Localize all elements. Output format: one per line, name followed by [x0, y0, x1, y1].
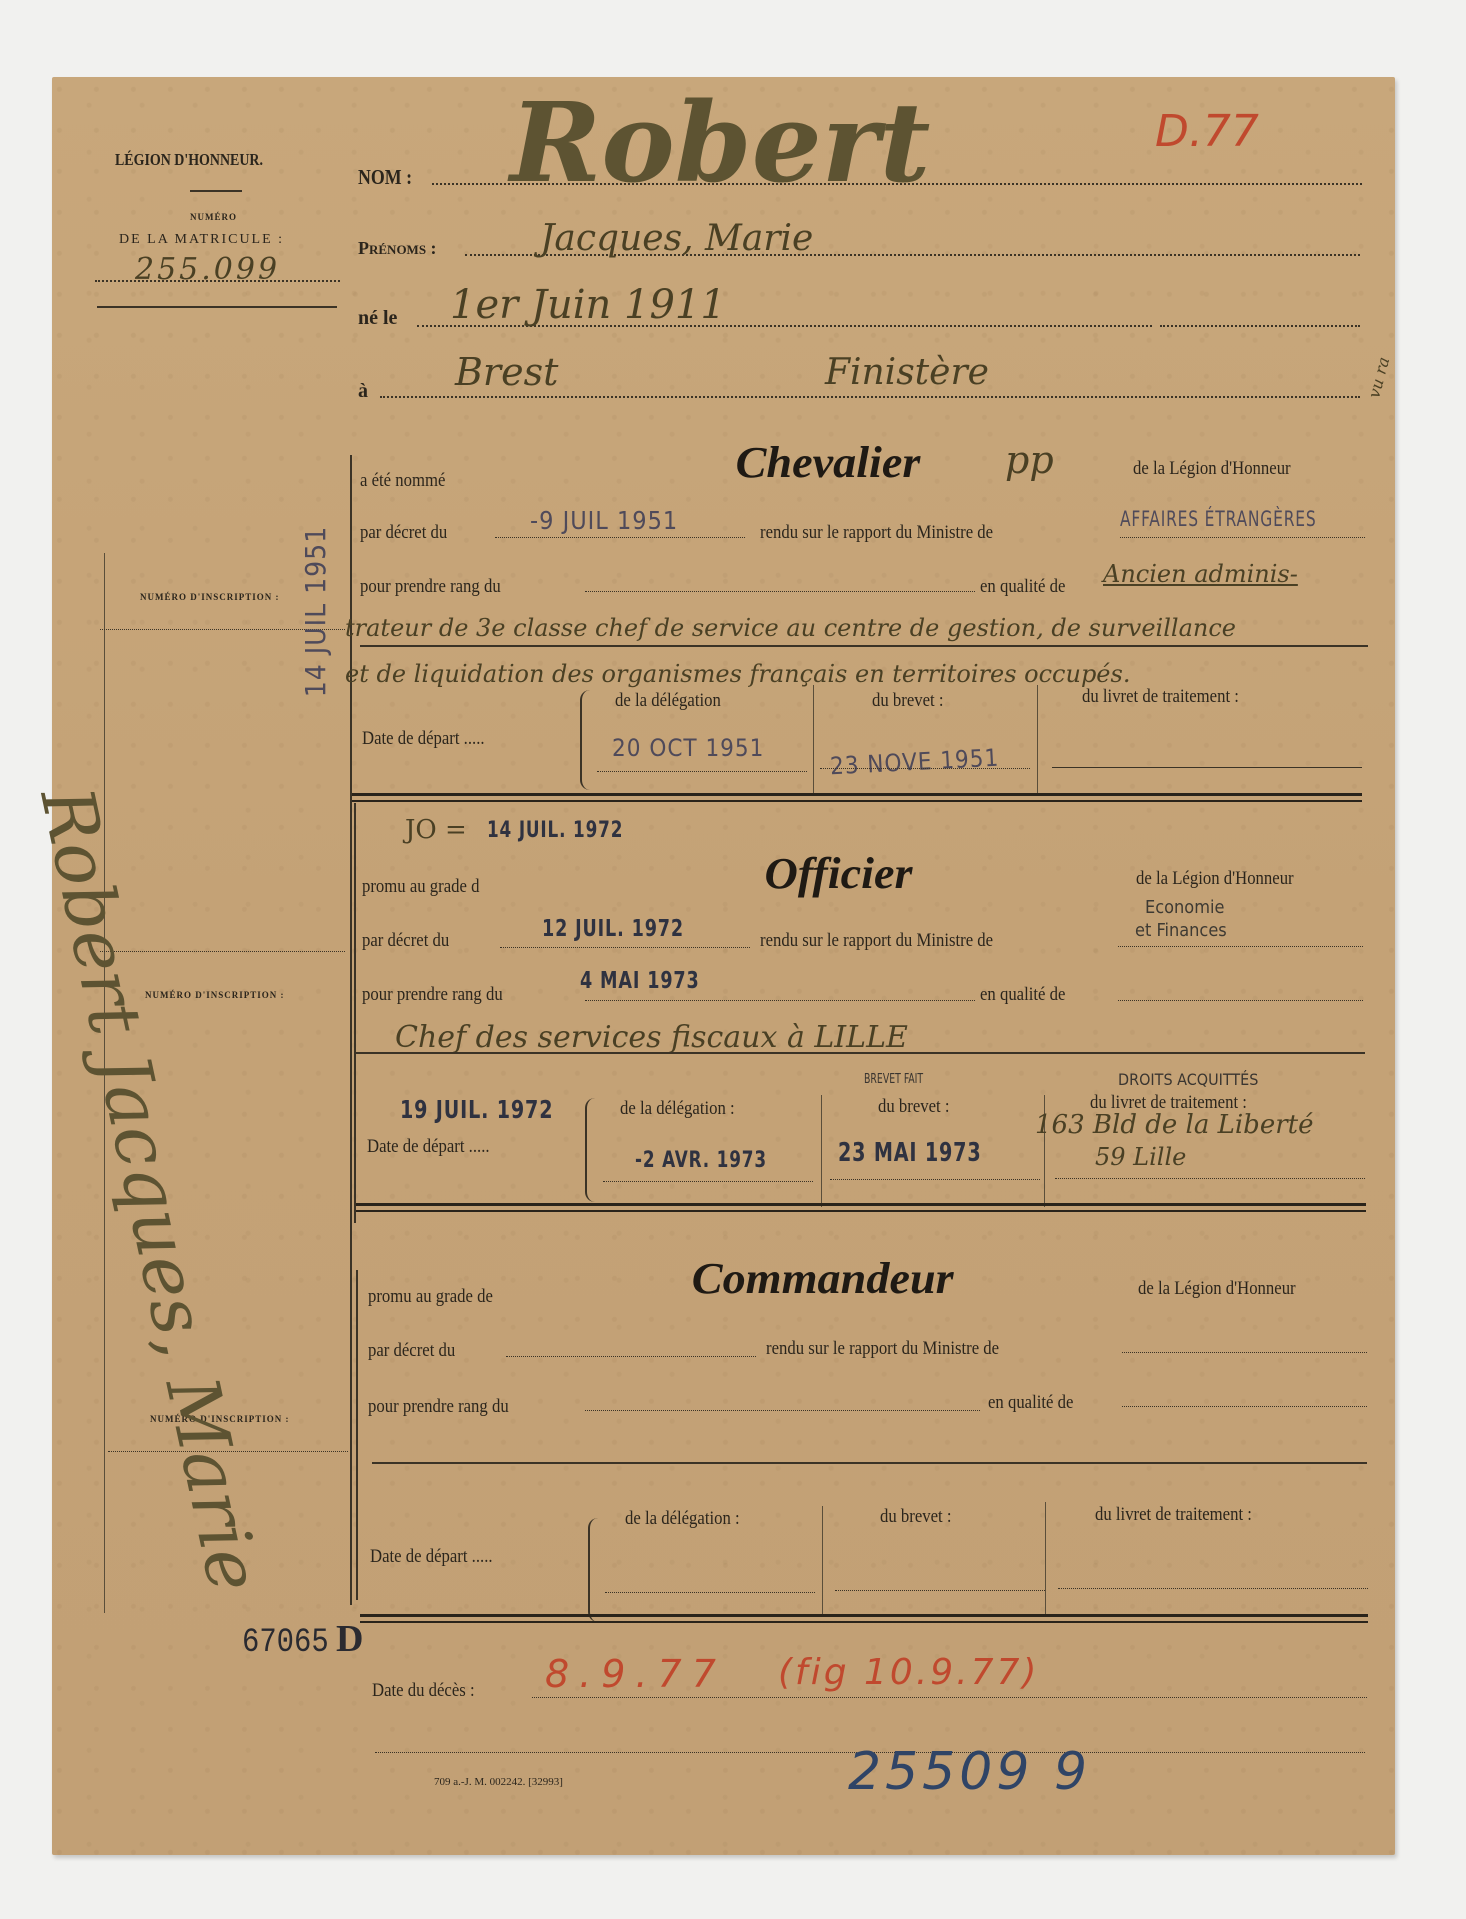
- divider: [190, 190, 242, 192]
- com-delegation-line: [605, 1592, 815, 1593]
- off-ministre-line1: Economie: [1145, 897, 1224, 918]
- chev-depart-label: Date de départ .....: [362, 728, 485, 750]
- inscription-label-2: NUMÉRO D'INSCRIPTION :: [145, 990, 285, 1000]
- off-decret-value: 12 JUIL. 1972: [542, 916, 684, 942]
- ne-le-label: né le: [358, 307, 397, 330]
- com-brace: [588, 1518, 602, 1622]
- off-suffix: de la Légion d'Honneur: [1136, 868, 1294, 890]
- chev-brace: [580, 690, 594, 790]
- off-brevet-fait: BREVET FAIT: [864, 1072, 923, 1087]
- com-suffix: de la Légion d'Honneur: [1138, 1278, 1296, 1300]
- chev-brevet-label: du brevet :: [872, 690, 944, 712]
- com-intro: promu au grade de: [368, 1286, 493, 1308]
- off-qualite-label: en qualité de: [980, 984, 1065, 1006]
- nom-label: NOM :: [358, 165, 412, 190]
- off-qualite-value: Chef des services fiscaux à LILLE: [395, 1020, 908, 1055]
- off-grade: Officier: [764, 848, 912, 899]
- chev-qualite-underline: [360, 645, 1368, 647]
- com-livret-label: du livret de traitement :: [1095, 1504, 1252, 1526]
- vertical-date-stamp: 14 JUIL 1951: [299, 526, 332, 697]
- off-rapport-label: rendu sur le rapport du Ministre de: [760, 930, 993, 952]
- print-reference: 709 a.-J. M. 002242. [32993]: [434, 1776, 563, 1788]
- deces-value: 8.9.77: [545, 1652, 726, 1696]
- off-livret-line2: 59 Lille: [1095, 1143, 1186, 1171]
- off-brevet-value: 23 MAI 1973: [838, 1138, 982, 1168]
- deces-note: (fig 10.9.77): [778, 1652, 1039, 1693]
- red-code: D.77: [1155, 106, 1259, 157]
- com-brevet-line: [835, 1590, 1045, 1591]
- off-qualite-line: [1118, 1000, 1363, 1001]
- com-ministre-line: [1122, 1352, 1367, 1353]
- deces-label: Date du décès :: [372, 1680, 475, 1702]
- chev-delegation-label: de la délégation: [615, 690, 721, 712]
- inscription-label-1: NUMÉRO D'INSCRIPTION :: [140, 592, 280, 602]
- off-ministre-line2: et Finances: [1135, 920, 1227, 941]
- numero-label: NUMÉRO: [190, 212, 237, 222]
- org-title: LÉGION D'HONNEUR.: [115, 150, 263, 170]
- chev-qualite-line2: trateur de 3e classe chef de service au …: [345, 614, 1236, 642]
- chev-qualite-line1: Ancien adminis-: [1103, 560, 1298, 588]
- section-divider-3: [360, 1614, 1368, 1623]
- ne-le-line-2: [1160, 325, 1360, 327]
- com-rang-label: pour prendre rang du: [368, 1396, 509, 1418]
- com-depart-label: Date de départ .....: [370, 1546, 493, 1568]
- dossier-digits: 67065: [242, 1624, 329, 1662]
- off-depart-stamp: 19 JUIL. 1972: [400, 1095, 553, 1124]
- chev-grade: Chevalier: [736, 437, 921, 488]
- off-col-divider-1: [821, 1095, 822, 1207]
- chev-livret-line: [1052, 767, 1362, 768]
- com-rang-line: [585, 1410, 980, 1411]
- off-delegation-label: de la délégation :: [620, 1098, 735, 1120]
- com-grade: Commandeur: [692, 1253, 954, 1304]
- chev-initials: pp: [1005, 438, 1054, 482]
- chev-col-divider-2: [1037, 685, 1038, 793]
- off-jo-note: JO =: [405, 815, 467, 845]
- off-qualite-underline: [355, 1052, 1365, 1054]
- off-rang-label: pour prendre rang du: [362, 984, 503, 1006]
- com-qualite-label: en qualité de: [988, 1392, 1073, 1414]
- matricule-line: [95, 280, 340, 282]
- off-brevet-line: [830, 1179, 1040, 1180]
- chev-col-divider-1: [813, 685, 814, 793]
- off-livret-line: [1055, 1178, 1365, 1179]
- blue-number: 25509 9: [848, 1742, 1091, 1802]
- off-livret-line1: 163 Bld de la Liberté: [1035, 1110, 1313, 1140]
- chev-suffix: de la Légion d'Honneur: [1133, 458, 1291, 480]
- off-rang-line: [585, 1000, 975, 1001]
- off-decret-line: [500, 947, 750, 948]
- com-livret-line: [1058, 1588, 1368, 1589]
- chev-rapport-label: rendu sur le rapport du Ministre de: [760, 522, 993, 544]
- chev-brevet-line: [820, 768, 1030, 769]
- com-qualite-underline: [372, 1462, 1367, 1464]
- com-decret-line: [506, 1356, 756, 1357]
- prenoms-label: Prénoms :: [358, 238, 437, 259]
- section-divider-1: [352, 793, 1362, 802]
- commandeur-rule: [356, 1270, 358, 1600]
- chev-qualite-line3: et de liquidation des organismes françai…: [345, 660, 1130, 688]
- com-col-divider-2: [1045, 1502, 1046, 1616]
- chev-delegation-line: [597, 771, 807, 772]
- chev-decret-value: -9 JUIL 1951: [530, 506, 678, 535]
- off-intro: promu au grade d: [362, 876, 479, 898]
- deces-line: [532, 1697, 1367, 1698]
- chev-rang-label: pour prendre rang du: [360, 576, 501, 598]
- off-jo-date: 14 JUIL. 1972: [487, 818, 623, 843]
- com-col-divider-1: [822, 1506, 823, 1616]
- prenoms-value: Jacques, Marie: [540, 218, 813, 259]
- chev-intro: a été nommé: [360, 470, 445, 492]
- chev-qualite-label: en qualité de: [980, 576, 1065, 598]
- com-delegation-label: de la délégation :: [625, 1508, 740, 1530]
- chev-ministre-line: [1120, 537, 1365, 538]
- lieu-line: [380, 396, 1360, 398]
- chev-ministre-value: AFFAIRES ÉTRANGÈRES: [1120, 507, 1317, 531]
- lieu-ville: Brest: [455, 350, 558, 394]
- officier-rule: [354, 803, 356, 1223]
- dossier-letter: D: [336, 1618, 363, 1660]
- com-qualite-line: [1122, 1406, 1367, 1407]
- matricule-underline: [97, 306, 337, 308]
- off-rang-value: 4 MAI 1973: [580, 968, 700, 994]
- off-delegation-line: [603, 1181, 813, 1182]
- off-droits: DROITS ACQUITTÉS: [1118, 1070, 1258, 1089]
- chev-decret-line: [495, 537, 745, 538]
- off-brevet-label: du brevet :: [878, 1096, 950, 1118]
- off-decret-label: par décret du: [362, 930, 449, 952]
- chev-delegation-value: 20 OCT 1951: [612, 734, 764, 762]
- chev-decret-label: par décret du: [360, 522, 447, 544]
- a-label: à: [358, 380, 368, 403]
- chev-rang-line: [585, 591, 975, 592]
- off-brace: [585, 1098, 599, 1202]
- com-brevet-label: du brevet :: [880, 1506, 952, 1528]
- ne-le-value: 1er Juin 1911: [450, 282, 726, 328]
- off-delegation-value: -2 AVR. 1973: [635, 1148, 767, 1173]
- matricule-label: DE LA MATRICULE :: [119, 232, 284, 248]
- dossier-number: 67065D: [242, 1617, 363, 1662]
- com-decret-label: par décret du: [368, 1340, 455, 1362]
- off-ministre-line: [1118, 946, 1363, 947]
- lieu-dept: Finistère: [825, 352, 989, 393]
- chev-livret-label: du livret de traitement :: [1082, 686, 1239, 708]
- com-rapport-label: rendu sur le rapport du Ministre de: [766, 1338, 999, 1360]
- off-depart-label: Date de départ .....: [367, 1136, 490, 1158]
- nom-value: Robert: [510, 78, 930, 207]
- section-divider-2: [356, 1203, 1366, 1212]
